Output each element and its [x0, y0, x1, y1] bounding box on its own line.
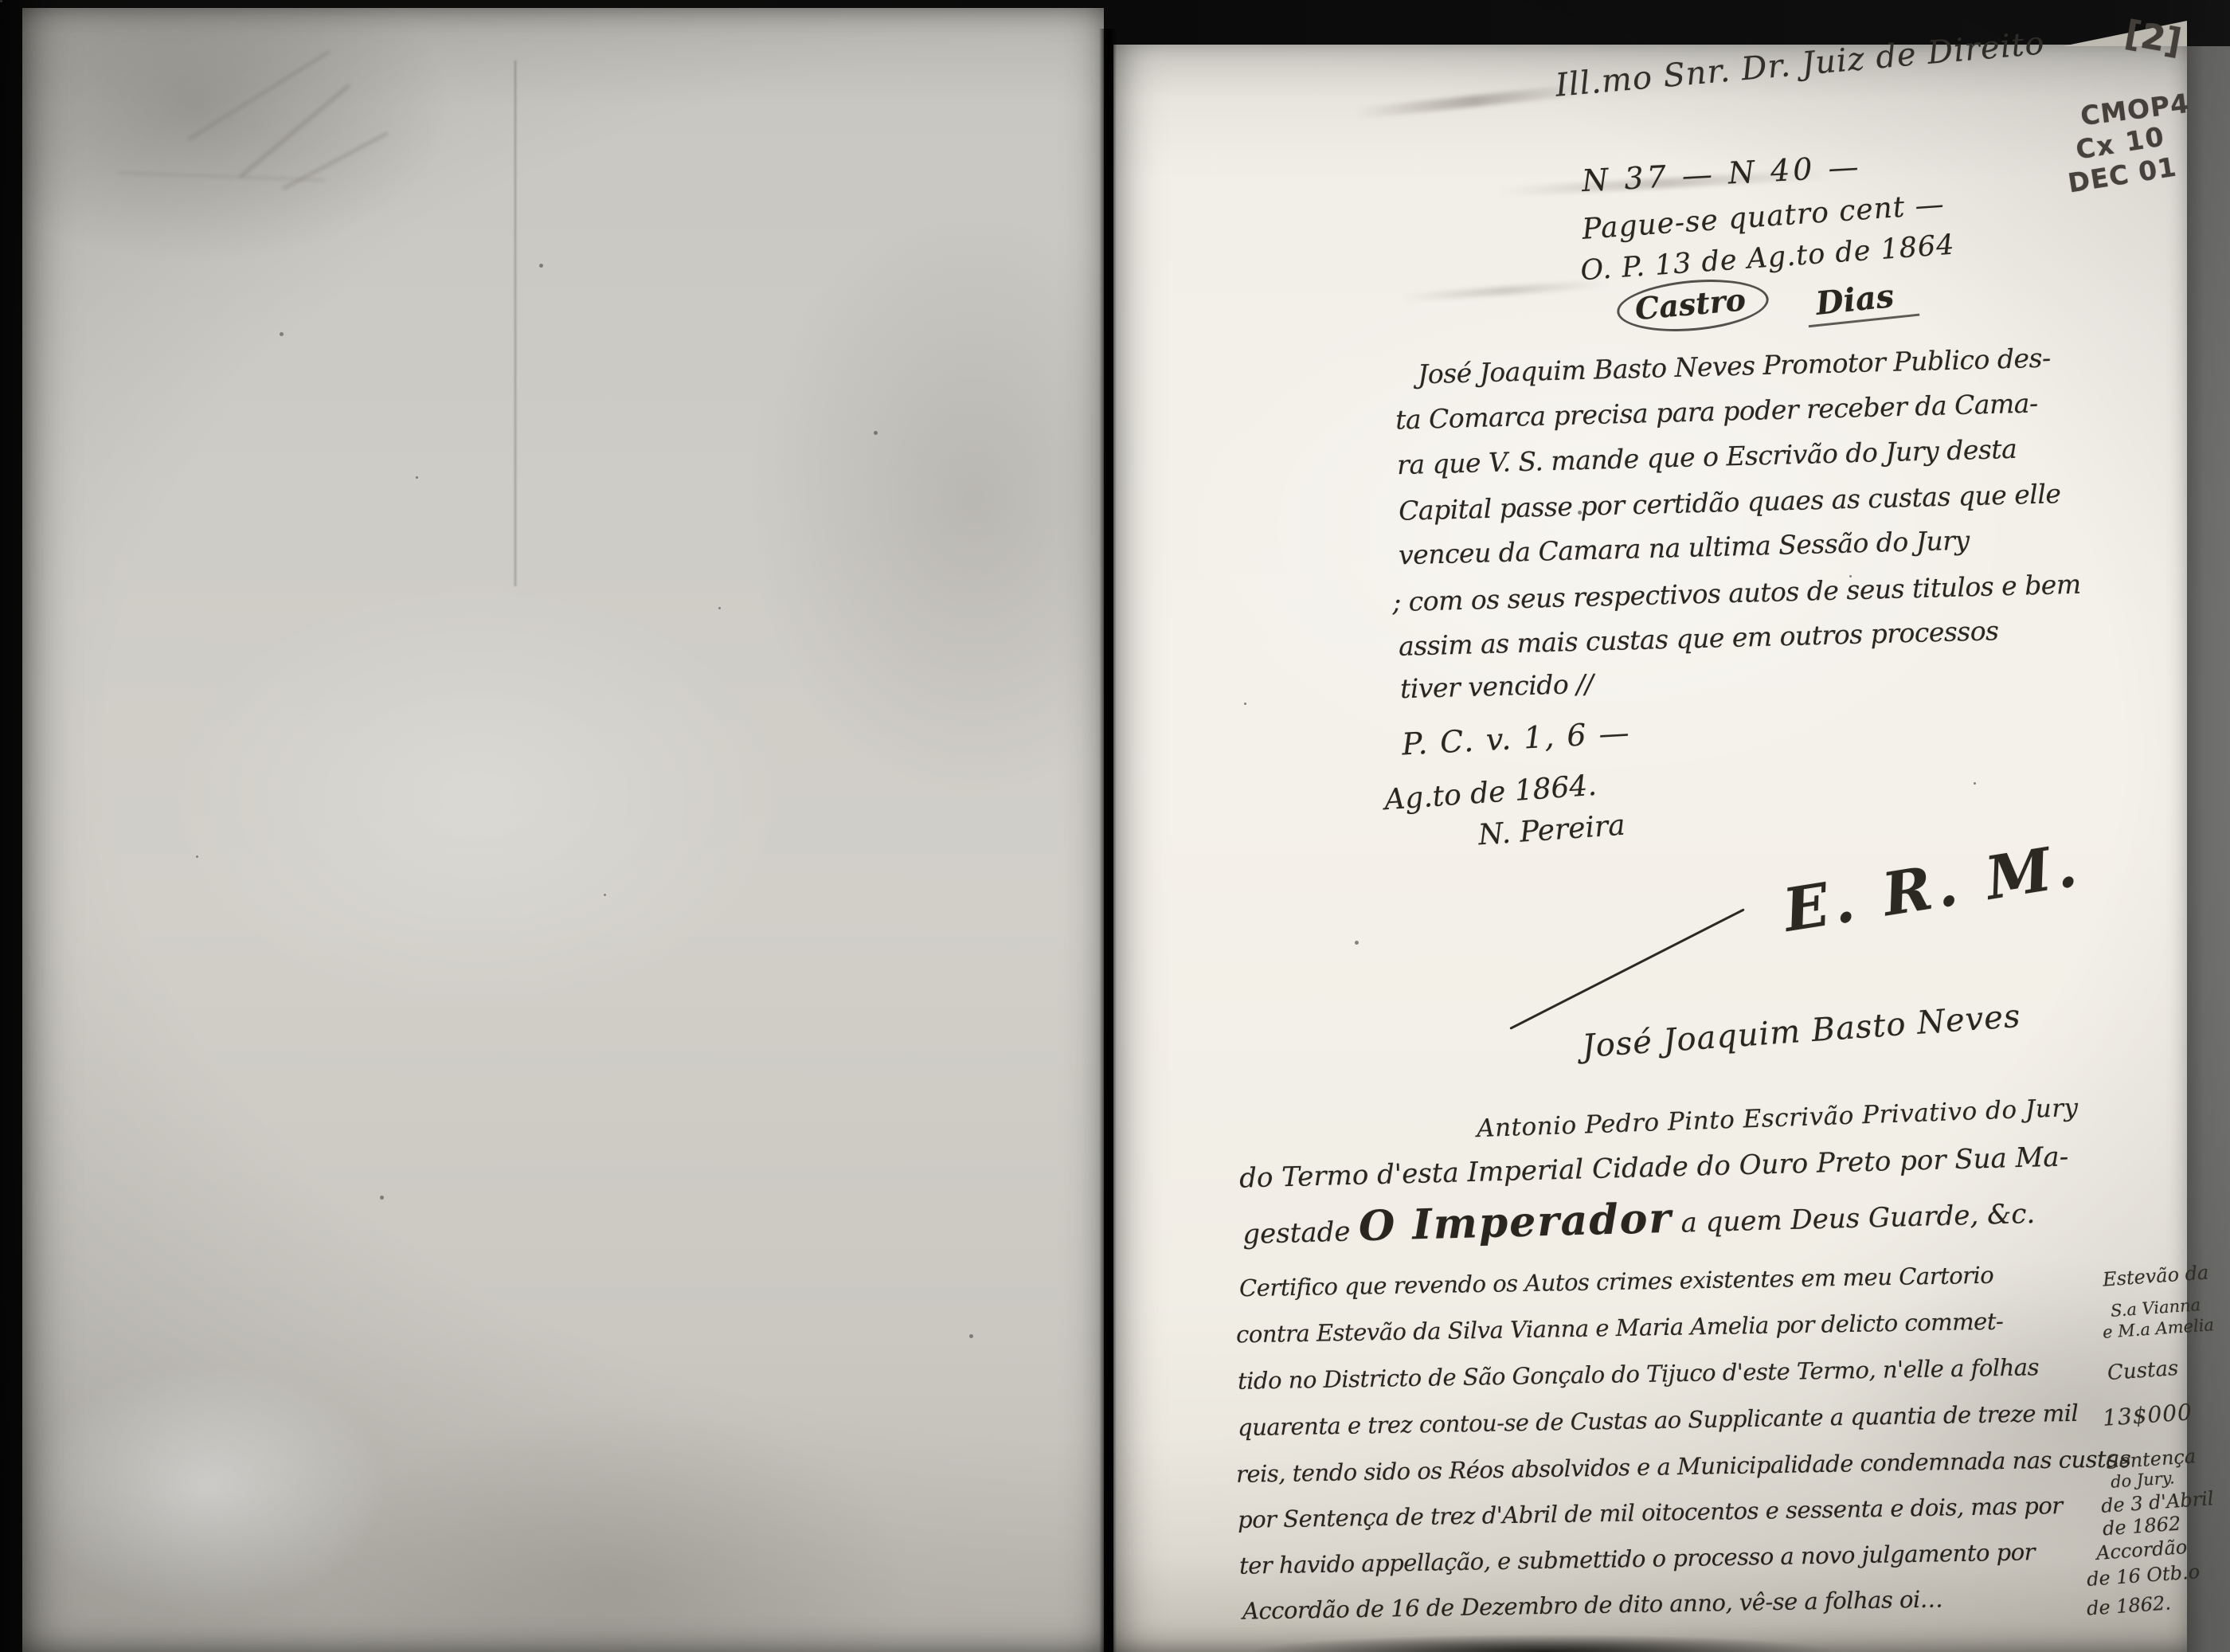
- bleedthrough-stroke: [187, 50, 331, 142]
- scan-edge: [2187, 46, 2230, 1652]
- heading-text: a quem Deus Guarde, &c.: [1672, 1198, 2035, 1239]
- bleedthrough-stroke: [118, 171, 325, 181]
- scanned-document-photo: Ill.mo Snr. Dr. Juiz de Direito [2] CMOP…: [0, 0, 2230, 1652]
- dust-specks: [0, 0, 2, 2]
- bleedthrough-stroke: [282, 131, 389, 190]
- emperor-emphasis: O Imperador: [1358, 1194, 1672, 1251]
- margin-note: Custas: [2107, 1356, 2179, 1385]
- paper-fold-line: [514, 61, 516, 586]
- heading-text: gestade: [1242, 1216, 1360, 1251]
- left-blank-page: [22, 8, 1104, 1652]
- petition-line: tiver vencido //: [1400, 668, 1594, 704]
- book-gutter: [1099, 29, 1117, 1652]
